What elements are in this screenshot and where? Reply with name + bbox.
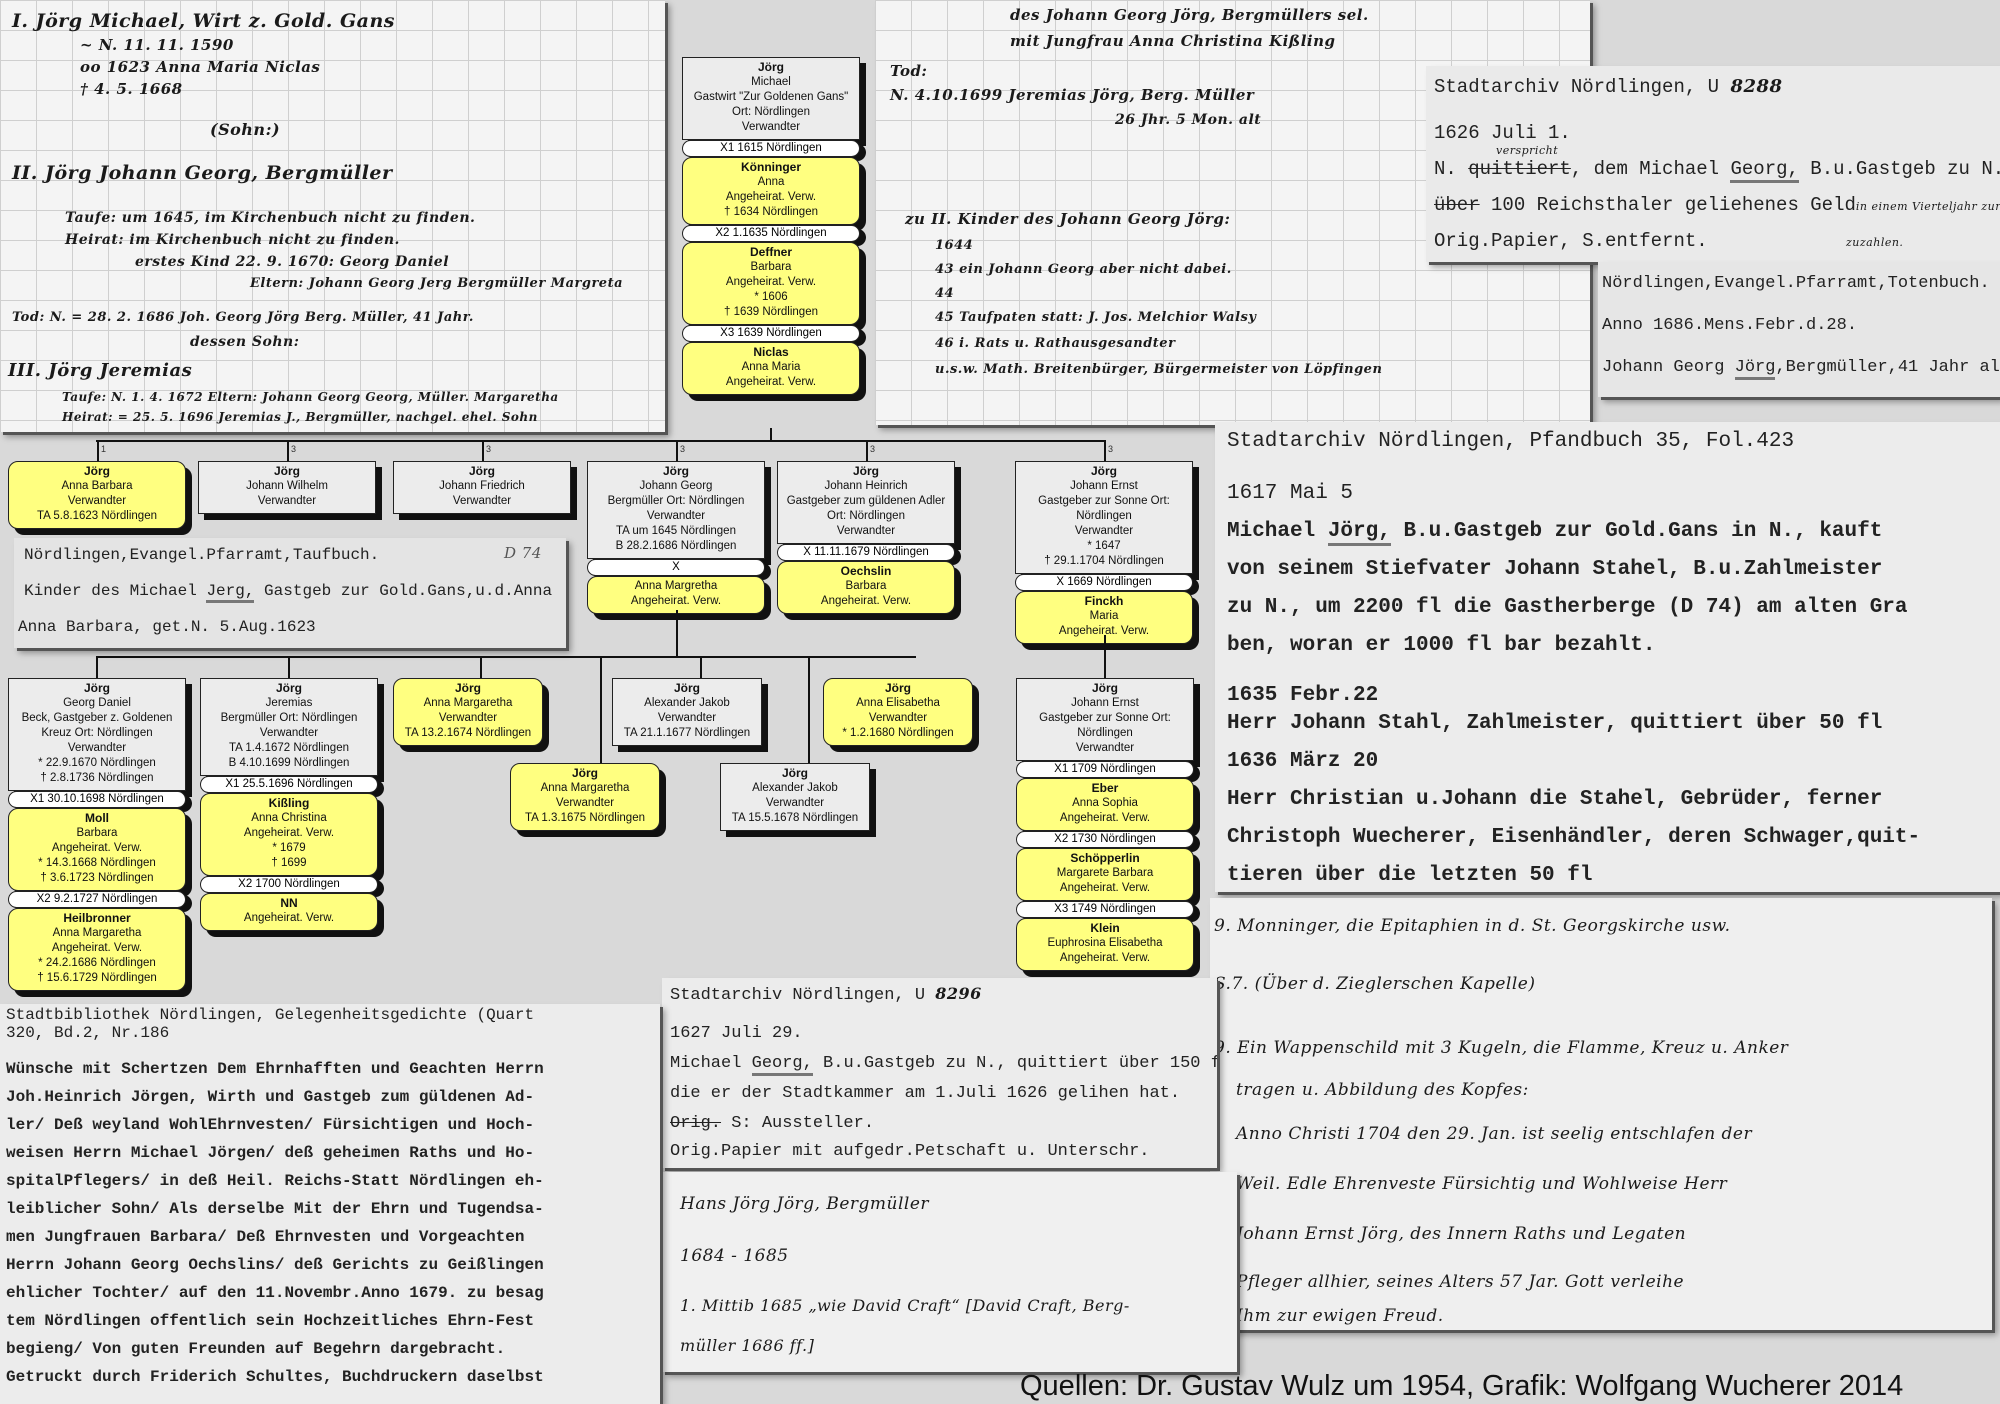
person-detail: Verwandter bbox=[616, 711, 758, 726]
poem-line: Getruckt durch Friderich Schultes, Buchd… bbox=[6, 1368, 544, 1386]
hw-line: 43 ein Johann Georg aber nicht dabei. bbox=[935, 262, 1232, 277]
surname: Jörg bbox=[616, 681, 758, 696]
spouse-box: Anna MargrethaAngeheirat. Verw. bbox=[587, 576, 765, 614]
hw-line: 44 bbox=[935, 286, 954, 301]
person-detail: † 3.6.1723 Nördlingen bbox=[12, 871, 182, 886]
person-detail: Johann Wilhelm bbox=[202, 479, 372, 494]
card-header: Stadtarchiv Nördlingen, U 8288 bbox=[1434, 76, 1783, 98]
person-detail: Verwandter bbox=[1019, 524, 1189, 539]
card-date: 1627 Juli 29. bbox=[670, 1024, 803, 1043]
poem-line: men Jungfrauen Barbara/ Deß Ehrnvesten u… bbox=[6, 1228, 524, 1246]
person-detail: * 24.2.1686 Nördlingen bbox=[12, 956, 182, 971]
hw-line: ~ N. 11. 11. 1590 bbox=[80, 36, 234, 54]
person-detail: Jeremias bbox=[204, 696, 374, 711]
generation-marker: 3 bbox=[1108, 444, 1113, 454]
card-ref: D 74 bbox=[504, 544, 542, 562]
person-detail: Verwandter bbox=[397, 711, 539, 726]
person-georg-daniel: JörgGeorg DanielBeck, Gastgeber z. Golde… bbox=[8, 678, 186, 791]
surname: Moll bbox=[12, 811, 182, 826]
person-detail: Johann Friedrich bbox=[397, 479, 567, 494]
hw-line: mit Jungfrau Anna Christina Kißling bbox=[1010, 32, 1336, 50]
marriage-label: X 1669 Nördlingen bbox=[1015, 574, 1193, 591]
person-detail: Verwandter bbox=[724, 796, 866, 811]
hw-line: † 4. 5. 1668 bbox=[80, 80, 183, 98]
spouse-box: NiclasAnna MariaAngeheirat. Verw. bbox=[682, 342, 860, 395]
person-detail: Angeheirat. Verw. bbox=[686, 375, 856, 390]
poem-line: begieng/ Von guten Freunden auf Begehrn … bbox=[6, 1340, 505, 1358]
hw-line: Heirat: im Kirchenbuch nicht zu finden. bbox=[65, 232, 400, 248]
person-detail: Anna Margaretha bbox=[12, 926, 182, 941]
surname: Jörg bbox=[397, 464, 567, 479]
spouse-box: OechslinBarbaraAngeheirat. Verw. bbox=[777, 561, 955, 614]
person-detail: Euphrosina Elisabetha bbox=[1020, 936, 1190, 951]
surname: Jörg bbox=[1019, 464, 1189, 479]
person-detail: Alexander Jakob bbox=[724, 781, 866, 796]
person-detail: Anna bbox=[686, 175, 856, 190]
hw-line: Weil. Edle Ehrenveste Fürsichtig und Woh… bbox=[1236, 1174, 1727, 1194]
card-header: Stadtbibliothek Nördlingen, Gelegenheits… bbox=[6, 1006, 534, 1024]
person-detail: Angeheirat. Verw. bbox=[204, 826, 374, 841]
connector-line bbox=[96, 656, 98, 680]
person-gen2: JörgJohann ErnstGastgeber zur Sonne Ort:… bbox=[1015, 461, 1193, 574]
hw-line: müller 1686 ff.] bbox=[680, 1336, 814, 1355]
hw-line: 1644 bbox=[935, 238, 973, 253]
marriage-label: X1 1615 Nördlingen bbox=[682, 140, 860, 157]
person-detail: Angeheirat. Verw. bbox=[591, 594, 761, 609]
card-line: Herr Christian u.Johann die Stahel, Gebr… bbox=[1227, 788, 1882, 811]
generation-marker: 3 bbox=[291, 444, 296, 454]
person-detail: Beck, Gastgeber z. Goldenen Kreuz Ort: N… bbox=[12, 711, 182, 741]
hw-line: III. Jörg Jeremias bbox=[8, 360, 192, 381]
card-line: ben, woran er 1000 fl bar bezahlt. bbox=[1227, 634, 1655, 657]
hw-line: Hans Jörg Jörg, Bergmüller bbox=[680, 1194, 929, 1214]
spouse-box: KißlingAnna ChristinaAngeheirat. Verw.* … bbox=[200, 793, 378, 876]
connector-line bbox=[96, 440, 1106, 442]
person-detail: Verwandter bbox=[781, 524, 951, 539]
poem-line: ehlicher Tochter/ auf den 11.Novembr.Ann… bbox=[6, 1284, 544, 1302]
person-detail: * 22.9.1670 Nördlingen bbox=[12, 756, 182, 771]
person-detail: Barbara bbox=[12, 826, 182, 841]
card-line: Michael Georg, B.u.Gastgeb zu N., quitti… bbox=[670, 1054, 1217, 1073]
archive-card-pfandbuch: Stadtarchiv Nördlingen, Pfandbuch 35, Fo… bbox=[1215, 422, 2000, 892]
person-detail: Michael bbox=[686, 75, 856, 90]
generation-marker: 3 bbox=[870, 444, 875, 454]
person-detail: Angeheirat. Verw. bbox=[686, 190, 856, 205]
person-detail: TA um 1645 Nördlingen bbox=[591, 524, 761, 539]
person-detail: TA 13.2.1674 Nördlingen bbox=[397, 726, 539, 741]
marriage-label: X1 25.5.1696 Nördlingen bbox=[200, 776, 378, 793]
person-detail: Gastgeber zur Sonne Ort: Nördlingen bbox=[1020, 711, 1190, 741]
connector-line bbox=[1104, 440, 1106, 462]
surname: Jörg bbox=[827, 681, 969, 696]
person-alexander-jakob-1678: JörgAlexander JakobVerwandterTA 15.5.167… bbox=[720, 763, 870, 831]
hw-line: I. Jörg Michael, Wirt z. Gold. Gans bbox=[12, 10, 395, 32]
surname: Eber bbox=[1020, 781, 1190, 796]
person-detail: Margarete Barbara bbox=[1020, 866, 1190, 881]
person-detail: † 29.1.1704 Nördlingen bbox=[1019, 554, 1189, 569]
connector-line bbox=[287, 440, 289, 462]
archive-card-u8296: Stadtarchiv Nördlingen, U 8296 1627 Juli… bbox=[662, 978, 1217, 1168]
marriage-label: X2 1.1635 Nördlingen bbox=[682, 225, 860, 242]
surname: Oechslin bbox=[781, 564, 951, 579]
person-detail: Verwandter bbox=[12, 741, 182, 756]
spouse-box: HeilbronnerAnna MargarethaAngeheirat. Ve… bbox=[8, 908, 186, 991]
person-detail: Johann Georg bbox=[591, 479, 761, 494]
connector-line bbox=[1104, 635, 1106, 680]
card-line: zu N., um 2200 fl die Gastherberge (D 74… bbox=[1227, 596, 1908, 619]
person-detail: † 15.6.1729 Nördlingen bbox=[12, 971, 182, 986]
person-gen2: JörgJohann FriedrichVerwandter bbox=[393, 461, 571, 514]
hw-line: Johann Ernst Jörg, des Innern Raths und … bbox=[1236, 1224, 1686, 1244]
hw-line: Tod: N. = 28. 2. 1686 Joh. Georg Jörg Be… bbox=[12, 310, 474, 325]
person-alexander-jakob-1677: JörgAlexander JakobVerwandterTA 21.1.167… bbox=[612, 678, 762, 746]
connector-line bbox=[482, 440, 484, 462]
surname: Deffner bbox=[686, 245, 856, 260]
person-detail: TA 21.1.1677 Nördlingen bbox=[616, 726, 758, 741]
person-detail: Johann Ernst bbox=[1020, 696, 1190, 711]
person-detail: Johann Heinrich bbox=[781, 479, 951, 494]
person-gen2: JörgJohann HeinrichGastgeber zum güldene… bbox=[777, 461, 955, 544]
hw-line: II. Jörg Johann Georg, Bergmüller bbox=[12, 162, 393, 184]
card-date: 1617 Mai 5 bbox=[1227, 482, 1353, 505]
card-line: Orig.Papier mit aufgedr.Petschaft u. Unt… bbox=[670, 1142, 1149, 1161]
person-detail: * 14.3.1668 Nördlingen bbox=[12, 856, 182, 871]
marriage-label: X3 1749 Nördlingen bbox=[1016, 901, 1194, 918]
hw-line: 1684 - 1685 bbox=[680, 1246, 789, 1266]
person-detail: Verwandter bbox=[591, 509, 761, 524]
person-detail: Anna Sophia bbox=[1020, 796, 1190, 811]
surname: Kißling bbox=[204, 796, 374, 811]
card-date: 1635 Febr.22 bbox=[1227, 684, 1378, 707]
surname: Könninger bbox=[686, 160, 856, 175]
surname: Heilbronner bbox=[12, 911, 182, 926]
connector-line bbox=[866, 440, 868, 462]
hw-line: des Johann Georg Jörg, Bergmüllers sel. bbox=[1010, 6, 1369, 24]
hw-line: oo 1623 Anna Maria Niclas bbox=[80, 58, 320, 76]
person-detail: Angeheirat. Verw. bbox=[686, 275, 856, 290]
person-detail: Verwandter bbox=[686, 120, 856, 135]
connector-line bbox=[97, 440, 99, 462]
person-detail: Verwandter bbox=[202, 494, 372, 509]
hw-line: u.s.w. Math. Breitenbürger, Bürgermeiste… bbox=[935, 362, 1382, 377]
person-detail: Barbara bbox=[686, 260, 856, 275]
person-detail: † 2.8.1736 Nördlingen bbox=[12, 771, 182, 786]
hw-line: tragen u. Abbildung des Kopfes: bbox=[1236, 1080, 1529, 1100]
surname: Jörg bbox=[397, 681, 539, 696]
card-date: 1626 Juli 1. bbox=[1434, 122, 1571, 144]
person-detail: Angeheirat. Verw. bbox=[1020, 881, 1190, 896]
hw-line: Taufe: N. 1. 4. 1672 Eltern: Johann Geor… bbox=[62, 390, 559, 404]
hw-line: Pfleger allhier, seines Alters 57 Jar. G… bbox=[1236, 1272, 1684, 1292]
person-detail: Georg Daniel bbox=[12, 696, 182, 711]
spouse-box: MollBarbaraAngeheirat. Verw.* 14.3.1668 … bbox=[8, 808, 186, 891]
spouse-box: KleinEuphrosina ElisabethaAngeheirat. Ve… bbox=[1016, 918, 1194, 971]
generation-marker: 3 bbox=[486, 444, 491, 454]
card-line: Anna Barbara, get.N. 5.Aug.1623 bbox=[18, 618, 316, 636]
hw-line: zu II. Kinder des Johann Georg Jörg: bbox=[905, 210, 1230, 228]
card-line: Nördlingen,Evangel.Pfarramt,Taufbuch. bbox=[24, 546, 379, 564]
connector-line bbox=[600, 656, 602, 766]
surname: Finckh bbox=[1019, 594, 1189, 609]
person-detail: TA 5.8.1623 Nördlingen bbox=[12, 509, 182, 524]
person-detail: Angeheirat. Verw. bbox=[781, 594, 951, 609]
person-detail: Verwandter bbox=[827, 711, 969, 726]
person-detail: Anna Barbara bbox=[12, 479, 182, 494]
person-johann-ernst-jr: JörgJohann ErnstGastgeber zur Sonne Ort:… bbox=[1016, 678, 1194, 761]
card-line: tieren über die letzten 50 fl bbox=[1227, 864, 1592, 887]
hw-line: dessen Sohn: bbox=[190, 334, 299, 350]
card-line: Johann Georg Jörg,Bergmüller,41 Jahr alt… bbox=[1602, 358, 2000, 377]
card-line: Anno 1686.Mens.Febr.d.28. bbox=[1602, 316, 1857, 335]
poem-line: tem Nördlingen offentlich sein Hochzeitl… bbox=[6, 1312, 534, 1330]
person-detail: † 1634 Nördlingen bbox=[686, 205, 856, 220]
person-gen2: JörgAnna BarbaraVerwandterTA 5.8.1623 Nö… bbox=[8, 461, 186, 529]
handwritten-insert: verspricht bbox=[1496, 144, 1558, 157]
surname: NN bbox=[204, 896, 374, 911]
hw-line: 9. Ein Wappenschild mit 3 Kugeln, die Fl… bbox=[1214, 1038, 1788, 1058]
person-detail: Anna Margretha bbox=[591, 579, 761, 594]
surname: Jörg bbox=[12, 681, 182, 696]
hw-line: erstes Kind 22. 9. 1670: Georg Daniel bbox=[135, 254, 449, 270]
spouse-box: KönningerAnnaAngeheirat. Verw.† 1634 Nör… bbox=[682, 157, 860, 225]
person-detail: * 1679 bbox=[204, 841, 374, 856]
person-detail: Angeheirat. Verw. bbox=[12, 941, 182, 956]
hw-line: 9. Monninger, die Epitaphien in d. St. G… bbox=[1214, 916, 1731, 936]
marriage-label: X3 1639 Nördlingen bbox=[682, 325, 860, 342]
hw-line: Anno Christi 1704 den 29. Jan. ist seeli… bbox=[1236, 1124, 1752, 1144]
connector-line bbox=[808, 656, 810, 766]
hw-line: (Sohn:) bbox=[210, 120, 280, 139]
surname: Jörg bbox=[686, 60, 856, 75]
person-detail: TA 15.5.1678 Nördlingen bbox=[724, 811, 866, 826]
person-detail: Anna Christina bbox=[204, 811, 374, 826]
connector-line bbox=[676, 440, 678, 462]
person-detail: Anna Maria bbox=[686, 360, 856, 375]
hw-line: 45 Taufpaten statt: J. Jos. Melchior Wal… bbox=[935, 310, 1256, 325]
person-detail: Gastgeber zum güldenen Adler Ort: Nördli… bbox=[781, 494, 951, 524]
marriage-label: X1 30.10.1698 Nördlingen bbox=[8, 791, 186, 808]
card-line: Herr Johann Stahl, Zahlmeister, quittier… bbox=[1227, 712, 1882, 735]
marriage-label: X 11.11.1679 Nördlingen bbox=[777, 544, 955, 561]
handwritten-epitaph-notes: 9. Monninger, die Epitaphien in d. St. G… bbox=[1210, 898, 1992, 1330]
person-detail: Maria bbox=[1019, 609, 1189, 624]
spouse-box: SchöpperlinMargarete BarbaraAngeheirat. … bbox=[1016, 848, 1194, 901]
card-date: 1636 März 20 bbox=[1227, 750, 1378, 773]
card-line: N. quittiert, dem Michael Georg, B.u.Gas… bbox=[1434, 158, 2000, 180]
hw-line: Taufe: um 1645, im Kirchenbuch nicht zu … bbox=[65, 210, 475, 226]
person-detail: Verwandter bbox=[12, 494, 182, 509]
poem-line: Herrn Johann Georg Oechslins/ deß Gerich… bbox=[6, 1256, 544, 1274]
archive-card-gelegenheitsgedichte: Stadtbibliothek Nördlingen, Gelegenheits… bbox=[0, 1004, 660, 1404]
person-anna-margaretha-1674: JörgAnna MargarethaVerwandterTA 13.2.167… bbox=[393, 678, 543, 746]
person-detail: Alexander Jakob bbox=[616, 696, 758, 711]
card-line: Orig.Papier, S.entfernt. bbox=[1434, 230, 1708, 252]
card-header: Stadtarchiv Nördlingen, Pfandbuch 35, Fo… bbox=[1227, 430, 1794, 453]
surname: Jörg bbox=[202, 464, 372, 479]
person-detail: Angeheirat. Verw. bbox=[12, 841, 182, 856]
generation-marker: 3 bbox=[680, 444, 685, 454]
person-detail: Angeheirat. Verw. bbox=[204, 911, 374, 926]
person-detail: Gastwirt "Zur Goldenen Gans" Ort: Nördli… bbox=[686, 90, 856, 120]
person-detail: B 28.2.1686 Nördlingen bbox=[591, 539, 761, 554]
surname: Schöpperlin bbox=[1020, 851, 1190, 866]
surname: Jörg bbox=[591, 464, 761, 479]
connector-line bbox=[480, 656, 482, 680]
card-line: über 100 Reichsthaler geliehenes Geldin … bbox=[1434, 194, 2000, 216]
marriage-label: X2 1730 Nördlingen bbox=[1016, 831, 1194, 848]
spouse-box: NNAngeheirat. Verw. bbox=[200, 893, 378, 931]
person-detail: Verwandter bbox=[397, 494, 567, 509]
surname: Niclas bbox=[686, 345, 856, 360]
card-line: Christoph Wuecherer, Eisenhändler, deren… bbox=[1227, 826, 1920, 849]
hw-line: Eltern: Johann Georg Jerg Bergmüller Mar… bbox=[250, 276, 623, 291]
poem-line: Joh.Heinrich Jörgen, Wirth und Gastgeb z… bbox=[6, 1088, 534, 1106]
hw-line: N. 4.10.1699 Jeremias Jörg, Berg. Müller bbox=[890, 86, 1254, 104]
surname: Jörg bbox=[781, 464, 951, 479]
person-detail: Anna Margaretha bbox=[514, 781, 656, 796]
surname: Klein bbox=[1020, 921, 1190, 936]
poem-line: weisen Herrn Michael Jörgen/ deß geheime… bbox=[6, 1144, 534, 1162]
surname: Jörg bbox=[514, 766, 656, 781]
card-line: Michael Jörg, B.u.Gastgeb zur Gold.Gans … bbox=[1227, 520, 1882, 543]
person-gen2: JörgJohann WilhelmVerwandter bbox=[198, 461, 376, 514]
hw-line: 1. Mittib 1685 „wie David Craft“ [David … bbox=[680, 1296, 1130, 1315]
archive-card-taufbuch: Nördlingen,Evangel.Pfarramt,Taufbuch. D … bbox=[14, 538, 566, 648]
card-header: 320, Bd.2, Nr.186 bbox=[6, 1024, 169, 1042]
handwritten-hans-jorg-note: Hans Jörg Jörg, Bergmüller 1684 - 1685 1… bbox=[662, 1172, 1237, 1372]
person-detail: * 1.2.1680 Nördlingen bbox=[827, 726, 969, 741]
person-detail: † 1699 bbox=[204, 856, 374, 871]
person-detail: Verwandter bbox=[514, 796, 656, 811]
card-header: Stadtarchiv Nördlingen, U 8296 bbox=[670, 984, 982, 1005]
person-anna-elisabetha: JörgAnna ElisabethaVerwandter* 1.2.1680 … bbox=[823, 678, 973, 746]
sources-credit: Quellen: Dr. Gustav Wulz um 1954, Grafik… bbox=[1020, 1370, 1903, 1403]
person-detail: Anna Margaretha bbox=[397, 696, 539, 711]
marriage-label: X2 9.2.1727 Nördlingen bbox=[8, 891, 186, 908]
generation-marker: 1 bbox=[101, 444, 106, 454]
hw-line: Heirat: = 25. 5. 1696 Jeremias J., Bergm… bbox=[62, 410, 538, 424]
person-detail: † 1639 Nördlingen bbox=[686, 305, 856, 320]
person-gen2: JörgJohann GeorgBergmüller Ort: Nördling… bbox=[587, 461, 765, 559]
person-detail: TA 1.4.1672 Nördlingen bbox=[204, 741, 374, 756]
card-line: von seinem Stiefvater Johann Stahel, B.u… bbox=[1227, 558, 1882, 581]
connector-line bbox=[676, 610, 678, 656]
person-detail: Angeheirat. Verw. bbox=[1020, 811, 1190, 826]
spouse-box: DeffnerBarbaraAngeheirat. Verw.* 1606† 1… bbox=[682, 242, 860, 325]
surname: Jörg bbox=[1020, 681, 1190, 696]
person-detail: Verwandter bbox=[1020, 741, 1190, 756]
surname: Jörg bbox=[204, 681, 374, 696]
person-detail: * 1606 bbox=[686, 290, 856, 305]
surname: Jörg bbox=[724, 766, 866, 781]
person-detail: Barbara bbox=[781, 579, 951, 594]
connector-line bbox=[770, 428, 772, 442]
person-detail: Bergmüller Ort: Nördlingen bbox=[204, 711, 374, 726]
person-detail: Johann Ernst bbox=[1019, 479, 1189, 494]
hw-line: Ihm zur ewigen Freud. bbox=[1236, 1306, 1444, 1326]
hw-line: S.7. (Über d. Zieglerschen Kapelle) bbox=[1214, 974, 1535, 994]
person-detail: Angeheirat. Verw. bbox=[1020, 951, 1190, 966]
hw-line: Tod: bbox=[890, 62, 927, 80]
card-line: Nördlingen,Evangel.Pfarramt,Totenbuch. bbox=[1602, 274, 1990, 293]
poem-line: leiblicher Sohn/ Als derselbe Mit der Eh… bbox=[6, 1200, 544, 1218]
marriage-label: X2 1700 Nördlingen bbox=[200, 876, 378, 893]
person-anna-margaretha-1675: JörgAnna MargarethaVerwandterTA 1.3.1675… bbox=[510, 763, 660, 831]
poem-line: Wünsche mit Schertzen Dem Ehrnhafften un… bbox=[6, 1060, 544, 1078]
marriage-label: X1 1709 Nördlingen bbox=[1016, 761, 1194, 778]
person-detail: TA 1.3.1675 Nördlingen bbox=[514, 811, 656, 826]
person-detail: Gastgeber zur Sonne Ort: Nördlingen bbox=[1019, 494, 1189, 524]
archive-card-totenbuch: Nördlingen,Evangel.Pfarramt,Totenbuch. A… bbox=[1598, 262, 2000, 397]
spouse-box: EberAnna SophiaAngeheirat. Verw. bbox=[1016, 778, 1194, 831]
marriage-label: X bbox=[587, 559, 765, 576]
handwritten-notebook-jorg-generations: I. Jörg Michael, Wirt z. Gold. Gans ~ N.… bbox=[0, 0, 665, 432]
hw-line: 26 Jhr. 5 Mon. alt bbox=[1115, 112, 1261, 128]
handwritten-insert: zuzahlen. bbox=[1846, 236, 1903, 249]
card-line: die er der Stadtkammer am 1.Juli 1626 ge… bbox=[670, 1084, 1180, 1103]
surname: Jörg bbox=[12, 464, 182, 479]
card-line: Kinder des Michael Jerg, Gastgeb zur Gol… bbox=[24, 582, 552, 600]
person-detail: Anna Elisabetha bbox=[827, 696, 969, 711]
person-detail: Bergmüller Ort: Nördlingen bbox=[591, 494, 761, 509]
card-line: Orig. S: Aussteller. bbox=[670, 1114, 874, 1133]
connector-line bbox=[288, 656, 290, 680]
connector-line bbox=[96, 656, 916, 658]
person-jeremias: JörgJeremiasBergmüller Ort: NördlingenVe… bbox=[200, 678, 378, 776]
person-michael-jorg: JörgMichaelGastwirt "Zur Goldenen Gans" … bbox=[682, 57, 860, 140]
hw-line: 46 i. Rats u. Rathausgesandter bbox=[935, 336, 1175, 351]
poem-line: ler/ Deß weyland WohlEhrnvesten/ Fürsich… bbox=[6, 1116, 534, 1134]
archive-card-u8288: Stadtarchiv Nördlingen, U 8288 1626 Juli… bbox=[1426, 66, 2000, 262]
person-detail: Verwandter bbox=[204, 726, 374, 741]
person-detail: B 4.10.1699 Nördlingen bbox=[204, 756, 374, 771]
poem-line: spitalPflegers/ in deß Heil. Reichs-Stat… bbox=[6, 1172, 544, 1190]
connector-line bbox=[700, 656, 702, 680]
person-detail: * 1647 bbox=[1019, 539, 1189, 554]
